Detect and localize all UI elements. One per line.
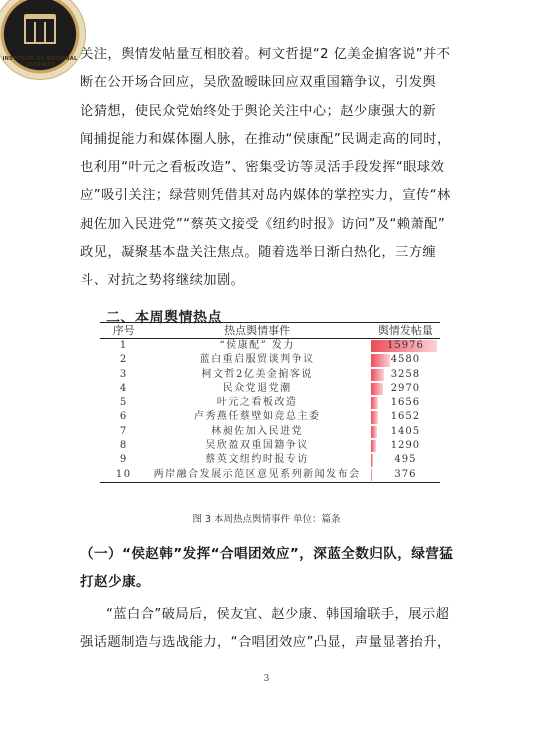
figure-caption: 图 3 本周热点舆情事件 单位：篇条 [0, 511, 533, 525]
count-value: 376 [394, 469, 416, 480]
row-count: 1656 [371, 396, 440, 410]
row-event: “侯康配” 发力 [144, 339, 371, 353]
text-line: 昶佐加入民进党”“蔡英文接受《纽约时报》访问”及“赖萧配” [80, 211, 460, 239]
text-line: “蓝白合”破局后，侯友宜、赵少康、韩国瑜联手，展示超 [80, 601, 460, 629]
table-row: 5叶元之看板改造1656 [100, 396, 440, 410]
count-bar [371, 469, 373, 481]
header-no: 序号 [100, 323, 144, 338]
count-bar [371, 397, 378, 409]
table-row: 2蓝白重启服贸谈判争议4580 [100, 353, 440, 367]
row-count: 376 [371, 468, 440, 482]
hot-events-table: 序号 热点舆情事件 舆情发帖量 1“侯康配” 发力159762蓝白重启服贸谈判争… [100, 322, 440, 483]
row-event: 林昶佐加入民进党 [144, 425, 371, 439]
row-event: 两岸融合发展示范区意见系列新闻发布会 [144, 468, 371, 482]
institute-logo: INSTITUTE OF NATIONAL SECURITY [0, 0, 86, 80]
logo-ring-text: INSTITUTE OF NATIONAL SECURITY [0, 56, 82, 68]
table-row: 10两岸融合发展示范区意见系列新闻发布会376 [100, 468, 440, 482]
row-event: 蓝白重启服贸谈判争议 [144, 353, 371, 367]
row-event: 吴欣盈双重国籍争议 [144, 439, 371, 453]
row-no: 10 [100, 468, 144, 482]
sub-heading: （一）“侯赵韩”发挥“合唱团效应”，深蓝全数归队，绿营猛打赵少康。 [80, 540, 465, 596]
row-no: 6 [100, 410, 144, 424]
count-bar [371, 426, 377, 438]
table-row: 9蔡英文纽约时报专访495 [100, 453, 440, 467]
count-bar [371, 454, 373, 466]
row-count: 4580 [371, 353, 440, 367]
count-bar [371, 440, 376, 452]
table-row: 3柯文哲2亿美金掮客说3258 [100, 368, 440, 382]
row-event: 蔡英文纽约时报专访 [144, 453, 371, 467]
text-line: 也利用“叶元之看板改造”、密集受访等灵活手段发挥“眼球效 [80, 154, 460, 182]
row-count: 2970 [371, 382, 440, 396]
row-no: 3 [100, 368, 144, 382]
row-no: 8 [100, 439, 144, 453]
text-line: 强话题制造与选战能力，“合唱团效应”凸显，声量显著抬升， [80, 629, 460, 657]
count-bar [371, 354, 390, 366]
row-no: 5 [100, 396, 144, 410]
row-count: 1405 [371, 425, 440, 439]
row-event: 叶元之看板改造 [144, 396, 371, 410]
count-value: 1405 [391, 426, 420, 437]
row-no: 7 [100, 425, 144, 439]
table-row: 1“侯康配” 发力15976 [100, 339, 440, 353]
count-bar [371, 383, 383, 395]
row-no: 4 [100, 382, 144, 396]
count-value: 2970 [391, 383, 420, 394]
text-line: 应”吸引关注；绿营则凭借其对岛内媒体的掌控实力，宣传“林 [80, 182, 460, 210]
row-no: 9 [100, 453, 144, 467]
row-count: 1652 [371, 410, 440, 424]
row-count: 495 [371, 453, 440, 467]
text-line: 斗、对抗之势将继续加剧。 [80, 267, 460, 295]
count-value: 15976 [387, 340, 424, 351]
count-bar [371, 411, 378, 423]
building-icon [24, 14, 56, 44]
row-count: 3258 [371, 368, 440, 382]
row-event: 民众党退党潮 [144, 382, 371, 396]
count-bar [371, 369, 384, 381]
text-line: 政见，凝聚基本盘关注焦点。随着选举日渐白热化，三方缠 [80, 239, 460, 267]
count-value: 3258 [391, 369, 420, 380]
text-line: 关注，舆情发帖量互相胶着。柯文哲提“2 亿美金掮客说”并不 [80, 41, 460, 69]
table-row: 6卢秀燕任蔡壁如竞总主委1652 [100, 410, 440, 424]
count-value: 1656 [391, 397, 420, 408]
row-count: 1290 [371, 439, 440, 453]
page-number: 3 [0, 674, 533, 684]
row-no: 1 [100, 339, 144, 353]
count-value: 4580 [391, 354, 420, 365]
paragraph-1: 关注，舆情发帖量互相胶着。柯文哲提“2 亿美金掮客说”并不 断在公开场合回应，吴… [80, 41, 460, 296]
table-row: 7林昶佐加入民进党1405 [100, 425, 440, 439]
count-value: 1290 [391, 440, 420, 451]
text-line: 闻捕捉能力和媒体圈人脉，在推动“侯康配”民调走高的同时， [80, 126, 460, 154]
table-header: 序号 热点舆情事件 舆情发帖量 [100, 323, 440, 339]
header-event: 热点舆情事件 [144, 323, 371, 338]
row-event: 卢秀燕任蔡壁如竞总主委 [144, 410, 371, 424]
count-value: 495 [394, 454, 416, 465]
row-event: 柯文哲2亿美金掮客说 [144, 368, 371, 382]
text-line: 断在公开场合回应，吴欣盈暧昧回应双重国籍争议，引发舆 [80, 69, 460, 97]
table-row: 8吴欣盈双重国籍争议1290 [100, 439, 440, 453]
paragraph-2: “蓝白合”破局后，侯友宜、赵少康、韩国瑜联手，展示超 强话题制造与选战能力，“合… [80, 601, 460, 658]
row-no: 2 [100, 353, 144, 367]
text-line: 论猜想，使民众党始终处于舆论关注中心；赵少康强大的新 [80, 98, 460, 126]
header-count: 舆情发帖量 [371, 323, 440, 338]
table-row: 4民众党退党潮2970 [100, 382, 440, 396]
table-body: 1“侯康配” 发力159762蓝白重启服贸谈判争议45803柯文哲2亿美金掮客说… [100, 339, 440, 482]
row-count: 15976 [371, 339, 440, 353]
count-value: 1652 [391, 411, 420, 422]
